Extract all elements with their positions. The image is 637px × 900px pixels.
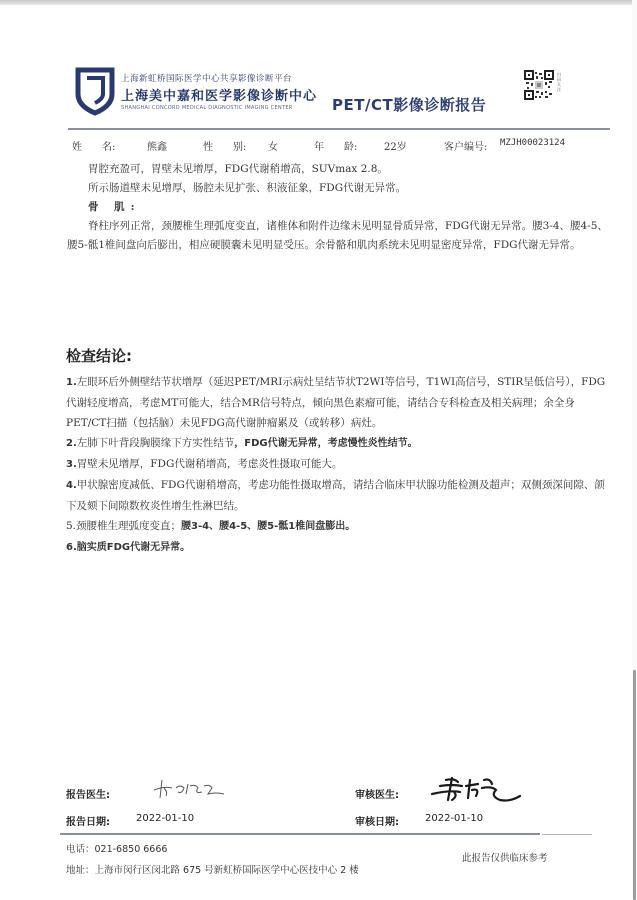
report-date: 2022-01-10 bbox=[136, 813, 194, 824]
finding-stomach: 胃腔充盈可，胃壁未见增厚，FDG代谢稍增高，SUVmax 2.8。 bbox=[67, 160, 612, 179]
patient-age-label: 年 龄: bbox=[314, 138, 357, 153]
client-id: MZJH00023124 bbox=[500, 138, 565, 148]
footer-phone: 电话：021-6850 6666 bbox=[66, 841, 167, 855]
conclusion-item-2: 2.左肺下叶背段胸膜缘下方实性结节，FDG代谢无异常，考虑慢性炎性结节。 bbox=[66, 433, 611, 454]
org-name: 上海美中嘉和医学影像诊断中心 bbox=[121, 85, 317, 104]
qr-code-icon bbox=[524, 70, 554, 100]
organization-block: 上海新虹桥国际医学中心共享影像诊断平台 上海美中嘉和医学影像诊断中心 SHANG… bbox=[121, 72, 317, 111]
patient-name-label: 姓 名: bbox=[72, 138, 115, 153]
finding-intestine: 所示肠道壁未见增厚，肠腔未见扩张、积液征象，FDG代谢无异常。 bbox=[67, 179, 612, 198]
conclusion-title: 检查结论: bbox=[66, 345, 132, 366]
footer-address: 地址：上海市闵行区闵北路 675 号新虹桥国际医学中心医技中心 2 楼 bbox=[66, 862, 359, 876]
footer-disclaimer: 此报告仅供临床参考 bbox=[462, 850, 548, 864]
org-name-english: SHANGHAI CONCORD MEDICAL DIAGNOSTIC IMAG… bbox=[121, 105, 317, 111]
client-id-label: 客户编号: bbox=[444, 138, 487, 153]
org-platform-name: 上海新虹桥国际医学中心共享影像诊断平台 bbox=[121, 72, 317, 84]
conclusion-item-4: 4.甲状腺密度减低、FDG代谢稍增高，考虑功能性摄取增高，请结合临床甲状腺功能检… bbox=[66, 475, 611, 516]
patient-age: 22岁 bbox=[384, 138, 407, 153]
footer-divider bbox=[60, 833, 540, 835]
patient-name: 熊鑫 bbox=[147, 138, 167, 153]
review-doctor-signature bbox=[430, 774, 522, 804]
report-date-label: 报告日期: bbox=[66, 813, 110, 828]
finding-bone-muscle: 脊柱序列正常，颈腰椎生理弧度变直，诸椎体和附件边缘未见明显骨质异常，FDG代谢无… bbox=[67, 217, 612, 255]
report-header: 上海新虹桥国际医学中心共享影像诊断平台 上海美中嘉和医学影像诊断中心 SHANG… bbox=[75, 66, 555, 126]
scrollbar-thumb[interactable] bbox=[633, 670, 636, 900]
patient-gender: 女 bbox=[268, 138, 278, 153]
shield-logo-icon bbox=[75, 66, 115, 116]
report-doctor-signature bbox=[150, 776, 230, 800]
report-doctor-label: 报告医生: bbox=[66, 786, 110, 801]
conclusion-item-6: 6.脑实质FDG代谢无异常。 bbox=[66, 537, 611, 558]
qr-code-label: 扫码关注 bbox=[557, 72, 563, 92]
conclusion-item-3: 3.胃壁未见增厚，FDG代谢稍增高，考虑炎性摄取可能大。 bbox=[66, 454, 611, 475]
report-title: PET/CT影像诊断报告 bbox=[332, 94, 486, 115]
footer-divider-right bbox=[542, 834, 592, 835]
conclusion-item-1: 1.左眼环后外侧壁结节状增厚（延迟PET/MRI示病灶呈结节状T2WI等信号，T… bbox=[66, 372, 611, 433]
findings-section: 胃腔充盈可，胃壁未见增厚，FDG代谢稍增高，SUVmax 2.8。 所示肠道壁未… bbox=[67, 160, 612, 255]
review-date: 2022-01-10 bbox=[425, 813, 483, 824]
bone-muscle-heading: 骨 肌: bbox=[67, 198, 612, 217]
header-divider bbox=[68, 128, 610, 130]
page-top-edge bbox=[0, 0, 637, 5]
conclusion-item-5: 5.颈腰椎生理弧度变直；腰3-4、腰4-5、腰5-骶1椎间盘膨出。 bbox=[66, 516, 611, 537]
review-date-label: 审核日期: bbox=[355, 813, 399, 828]
review-doctor-label: 审核医生: bbox=[355, 786, 399, 801]
patient-gender-label: 性 别: bbox=[203, 138, 246, 153]
conclusion-list: 1.左眼环后外侧壁结节状增厚（延迟PET/MRI示病灶呈结节状T2WI等信号，T… bbox=[66, 372, 611, 558]
